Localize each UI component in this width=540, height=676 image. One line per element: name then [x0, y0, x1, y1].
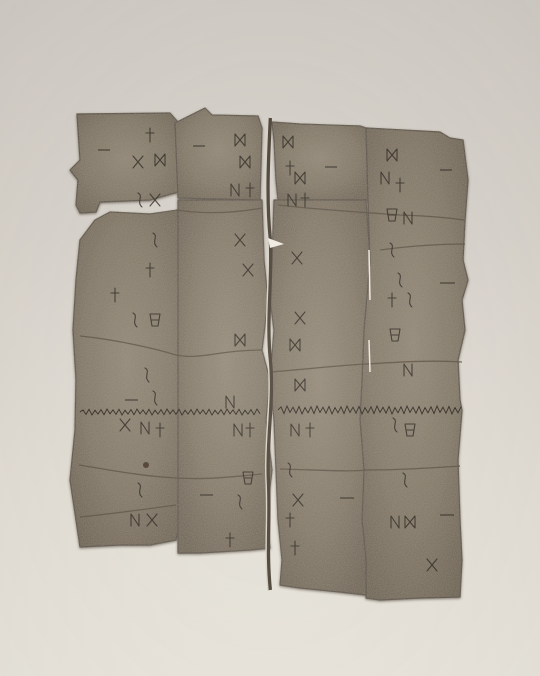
left-main-piece [70, 210, 182, 547]
seam-gap [369, 250, 370, 300]
center-left-main-piece [178, 200, 272, 553]
seam-gap [369, 340, 370, 372]
center-right-main-piece [270, 200, 370, 595]
photograph [0, 0, 540, 676]
pit-mark [143, 462, 149, 468]
upper-center-left-piece [175, 108, 262, 200]
upper-center-right-piece [272, 122, 368, 200]
oracle-bone-plastron [0, 0, 540, 676]
